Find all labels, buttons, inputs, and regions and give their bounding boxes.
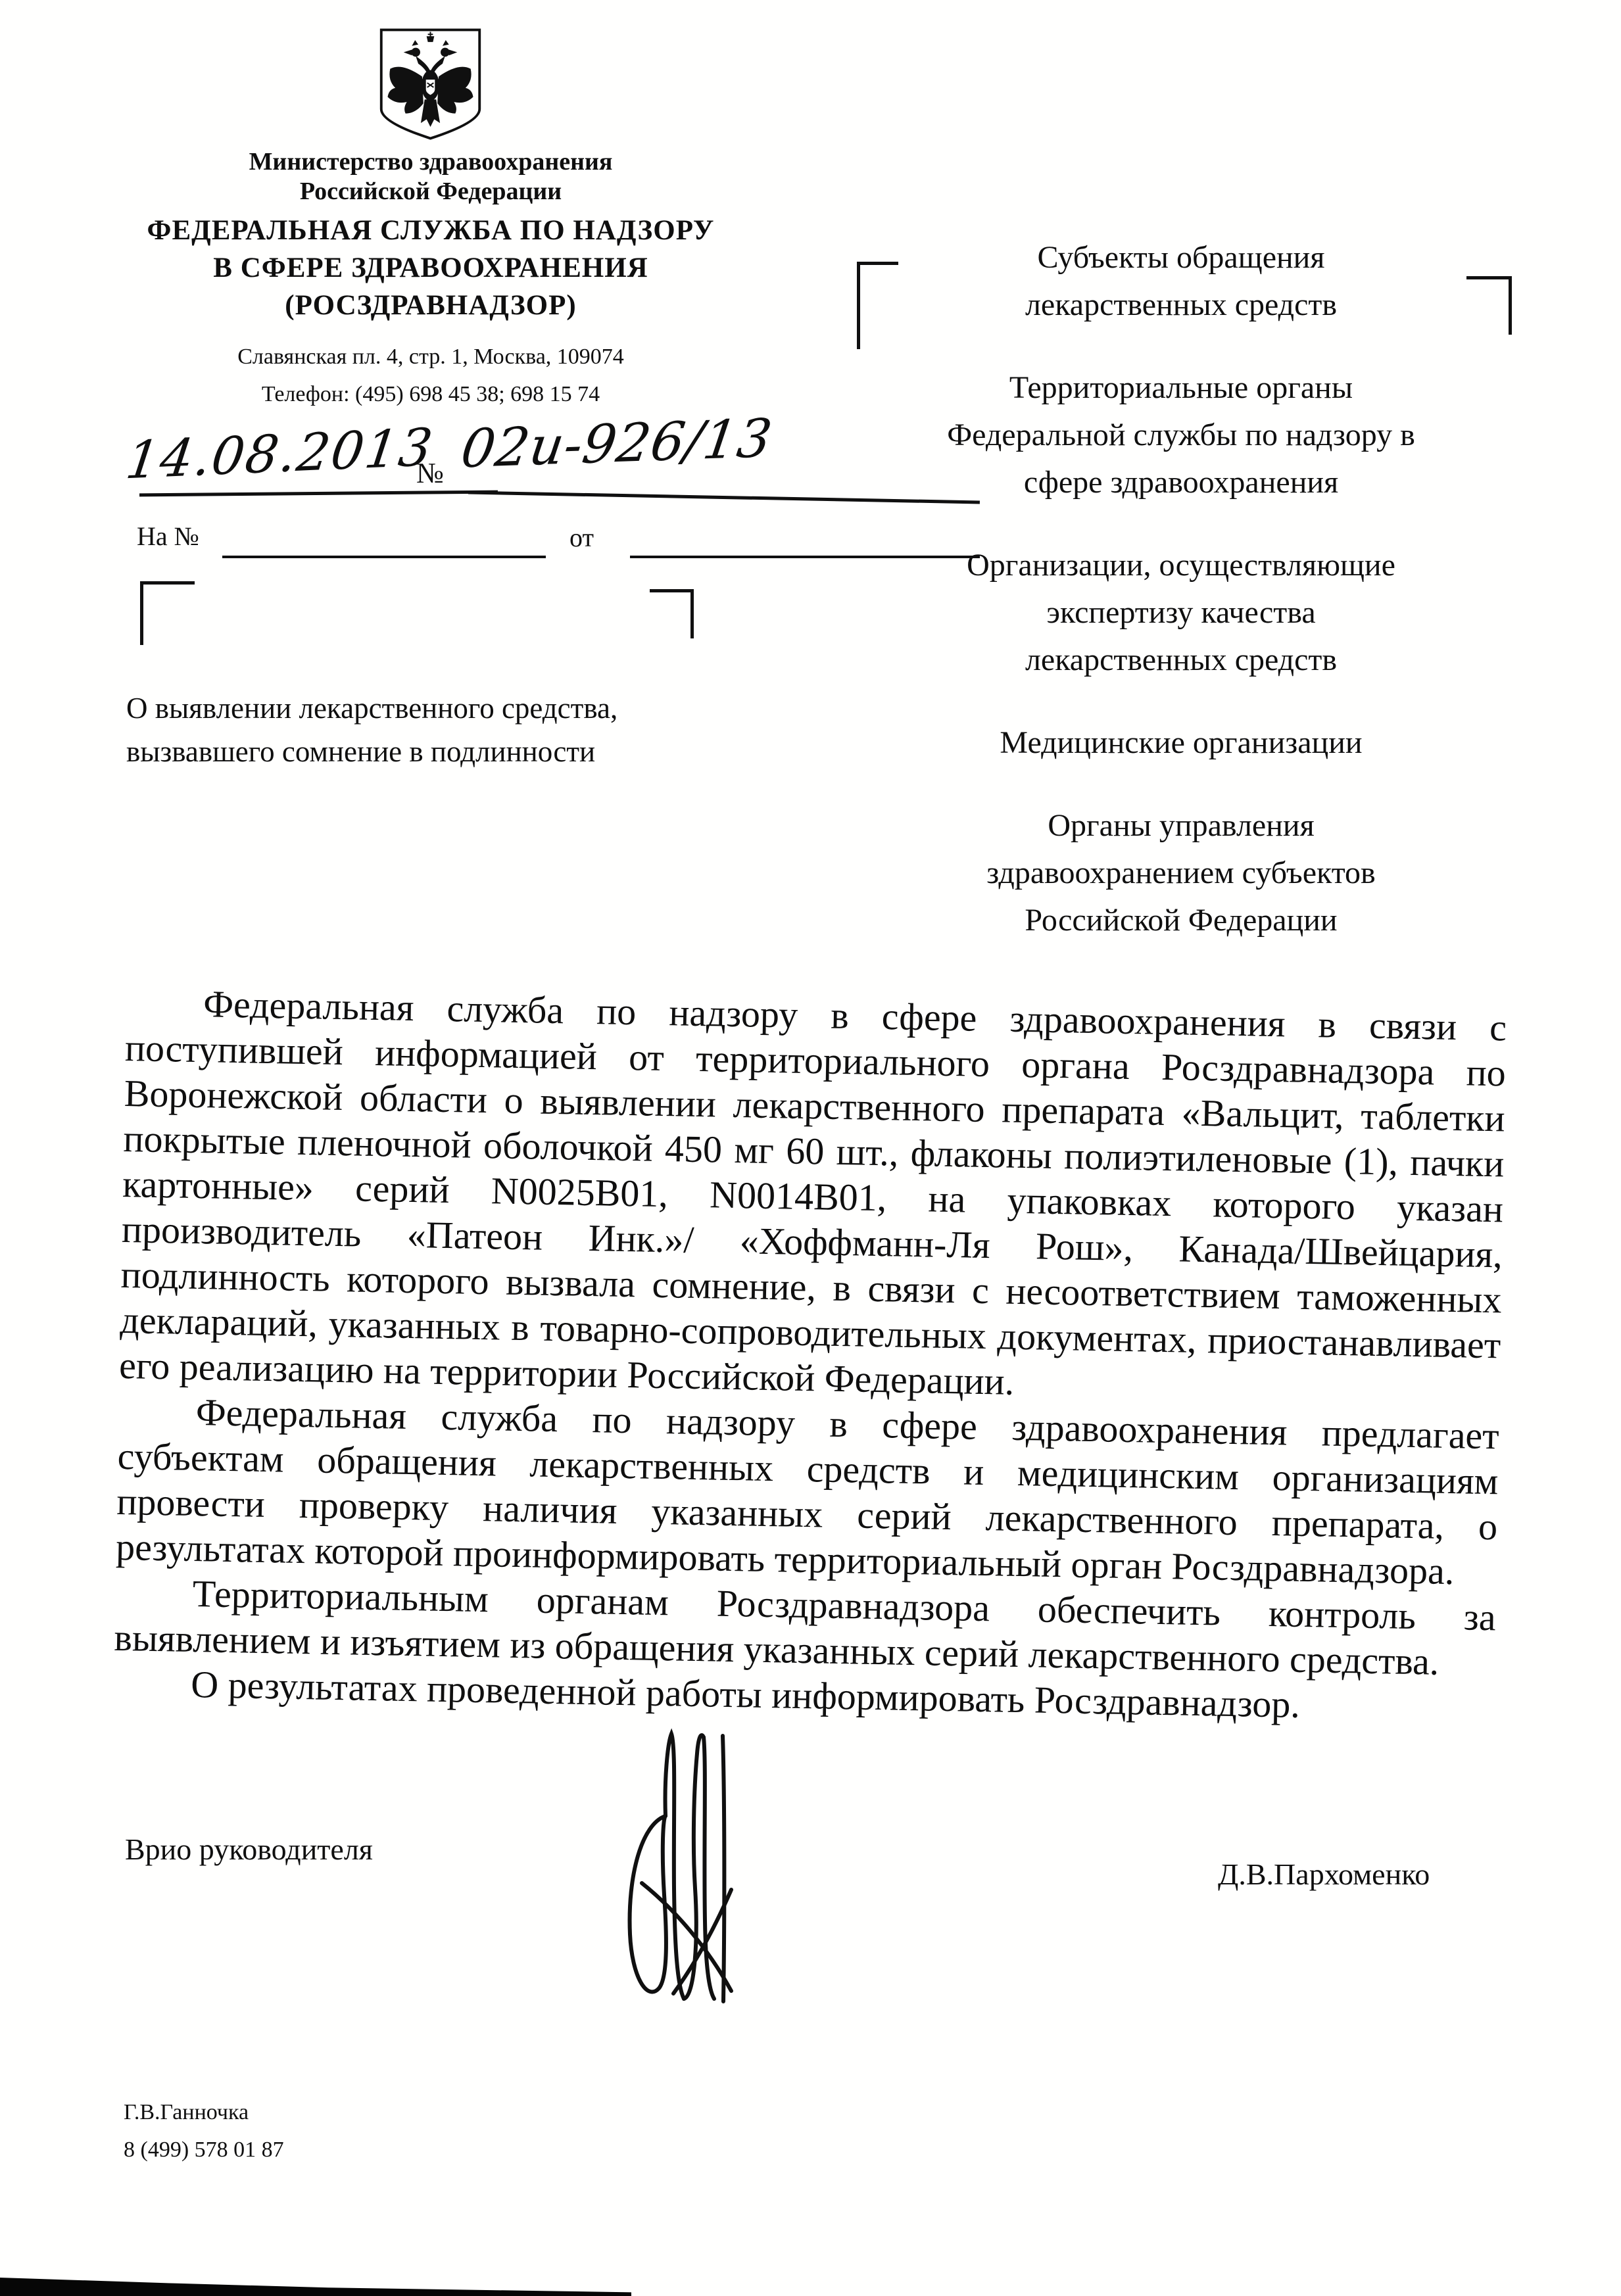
agency-phone: Телефон: (495) 698 45 38; 698 15 74 <box>85 382 776 407</box>
handwritten-date: 14.08.2013 <box>122 418 437 491</box>
recipient-item: Органы управления здравоохранением субъе… <box>855 802 1507 944</box>
executor-name: Г.В.Ганночка <box>124 2093 284 2131</box>
recipient-item: Медицинские организации <box>855 719 1507 767</box>
letter-body: Федеральная служба по надзору в сфере зд… <box>113 980 1507 1731</box>
scanned-letter-page: Министерство здравоохранения Российской … <box>0 0 1621 2296</box>
signer-name: Д.В.Пархоменко <box>1218 1857 1430 1892</box>
coat-of-arms-icon <box>376 25 485 142</box>
handwritten-outgoing-number: 02и-926/13 <box>458 408 777 480</box>
reference-number-label: На № <box>137 521 199 552</box>
date-underline <box>139 490 498 497</box>
agency-address: Славянская пл. 4, стр. 1, Москва, 109074 <box>85 345 776 370</box>
executor-phone: 8 (499) 578 01 87 <box>124 2131 284 2168</box>
number-sign-label: № <box>416 456 444 490</box>
agency-name: ФЕДЕРАЛЬНАЯ СЛУЖБА ПО НАДЗОРУ В СФЕРЕ ЗД… <box>66 212 796 324</box>
recipient-list: Субъекты обращения лекарственных средств… <box>855 234 1507 980</box>
ministry-name: Министерство здравоохранения Российской … <box>85 147 776 206</box>
body-paragraph: Федеральная служба по надзору в сфере зд… <box>116 1388 1500 1594</box>
reference-number-blank <box>222 556 546 558</box>
frame-corner-top-right <box>650 589 694 638</box>
signer-title: Врио руководителя <box>125 1832 373 1867</box>
handwritten-signature <box>602 1717 773 2020</box>
reference-date-label: от <box>569 522 594 553</box>
recipient-item: Территориальные органы Федеральной служб… <box>855 364 1507 506</box>
body-paragraph: Федеральная служба по надзору в сфере зд… <box>119 980 1507 1413</box>
letter-subject: О выявлении лекарственного средства, выз… <box>126 686 784 773</box>
frame-corner-top-left <box>140 581 195 645</box>
recipient-item: Субъекты обращения лекарственных средств <box>855 234 1507 329</box>
executor-block: Г.В.Ганночка 8 (499) 578 01 87 <box>124 2093 284 2168</box>
scan-artifact-bar <box>0 2270 631 2296</box>
recipient-item: Организации, осуществляющие экспертизу к… <box>855 542 1507 684</box>
